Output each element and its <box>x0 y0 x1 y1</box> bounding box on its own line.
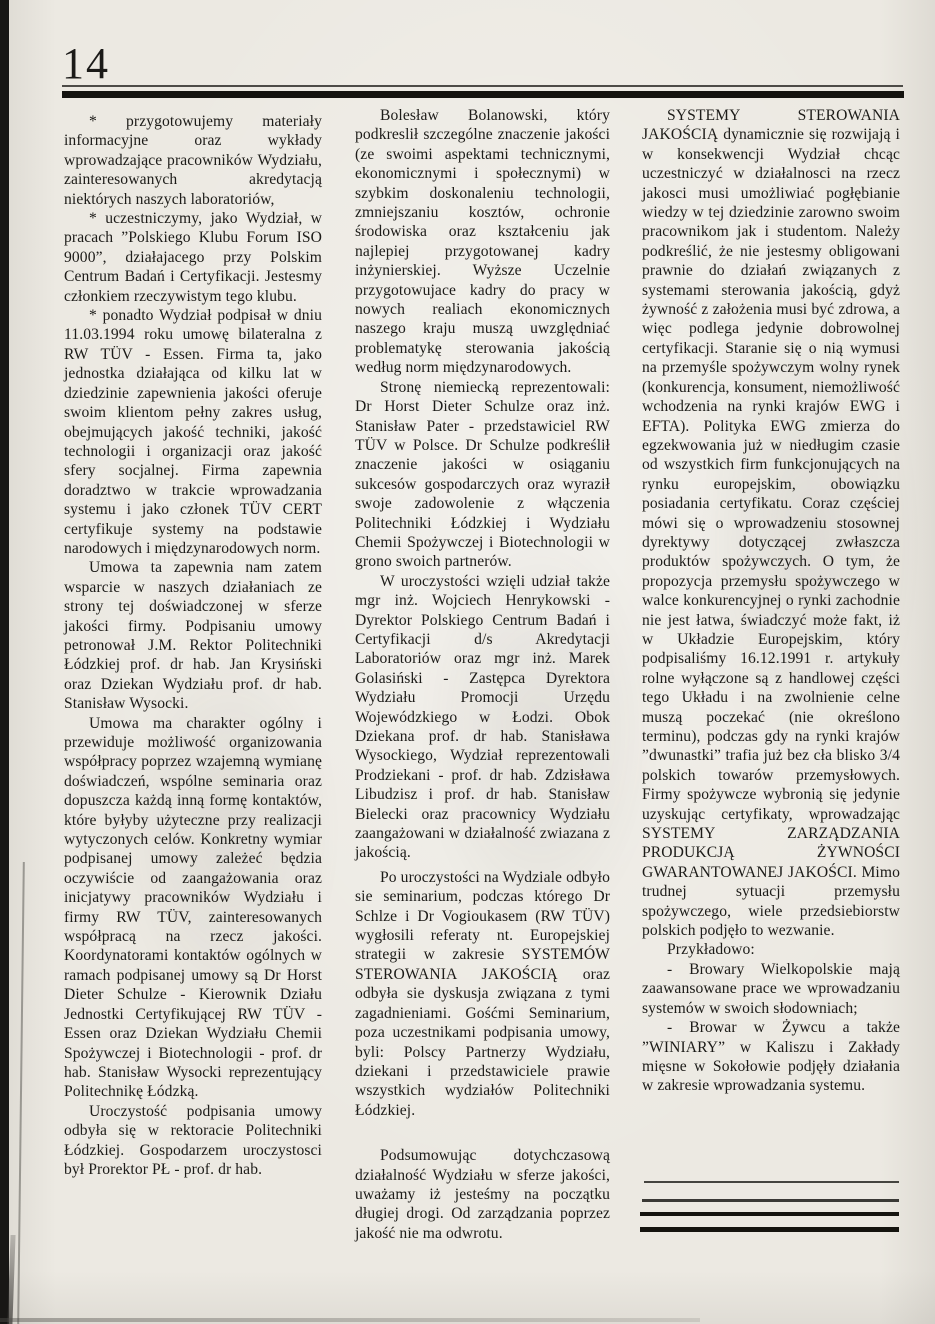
page-bottom-shadow <box>0 1318 700 1322</box>
paragraph: * przygotowujemy materiały informacyjne … <box>64 112 322 209</box>
header-rule-thick <box>62 91 904 98</box>
column-middle: Bolesław Bolanowski, który podkreslił sz… <box>355 106 610 1243</box>
paragraph: Po uroczystości na Wydziale odbyło sie s… <box>355 868 610 1120</box>
header-rule-thin <box>62 85 903 87</box>
paragraph: SYSTEMY STEROWANIA JAKOŚCIĄ dynamicznie … <box>642 106 900 940</box>
paragraph: - Browary Wielkopolskie mają zaawansowan… <box>642 960 900 1018</box>
column-right: SYSTEMY STEROWANIA JAKOŚCIĄ dynamicznie … <box>642 106 900 1096</box>
paragraph: Stronę niemiecką reprezentowali: Dr Hors… <box>355 378 610 572</box>
paragraph: Uroczystość podpisania umowy odbyła się … <box>64 1102 322 1180</box>
paragraph: Podsumowując dotychczasową działalność W… <box>355 1146 610 1243</box>
paragraph: Umowa ma charakter ogólny i przewiduje m… <box>64 714 322 1102</box>
separator-line-4 <box>640 1227 899 1232</box>
paragraph: W uroczystości wzięli udział także mgr i… <box>355 572 610 863</box>
paragraph: * ponadto Wydział podpisał w dniu 11.03.… <box>64 306 322 558</box>
scanned-newsletter-page: { "page_number": "14", "column1": { "par… <box>0 0 935 1324</box>
paragraph: Bolesław Bolanowski, który podkreslił sz… <box>355 106 610 378</box>
scan-edge-line <box>17 862 25 1324</box>
page-number: 14 <box>62 42 110 86</box>
paragraph: - Browar w Żywcu a także ”WINIARY” w Kal… <box>642 1018 900 1096</box>
separator-line-2 <box>642 1199 899 1202</box>
paragraph: * uczestniczymy, jako Wydział, w pracach… <box>64 209 322 306</box>
separator-line-1 <box>644 1181 899 1183</box>
paragraph: Umowa ta zapewnia nam zatem wsparcie w n… <box>64 558 322 713</box>
column-left: * przygotowujemy materiały informacyjne … <box>64 112 322 1179</box>
separator-line-3 <box>640 1212 899 1216</box>
paragraph: Przykładowo: <box>642 940 900 959</box>
scan-edge-bar <box>0 0 9 1324</box>
